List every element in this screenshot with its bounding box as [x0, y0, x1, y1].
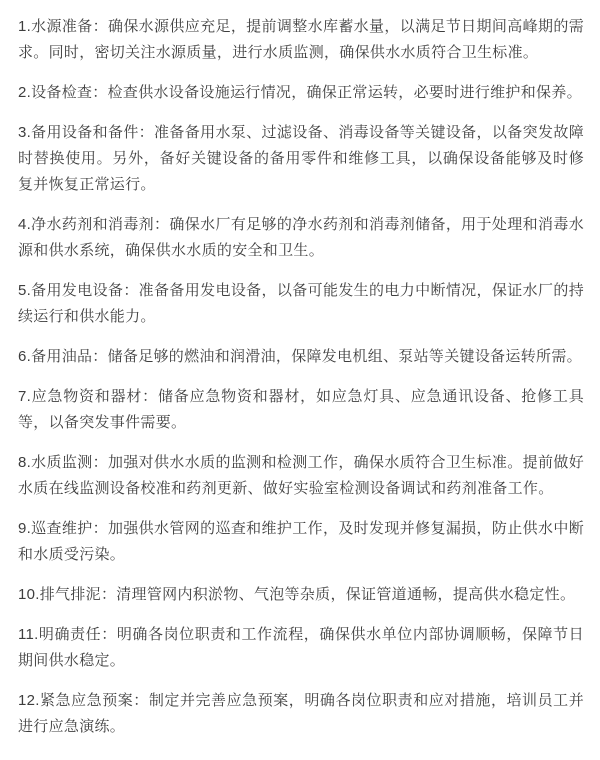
document-page: 1.水源准备：确保水源供应充足，提前调整水库蓄水量，以满足节日期间高峰期的需求。…	[0, 0, 600, 760]
list-item-6: 6.备用油品：储备足够的燃油和润滑油，保障发电机组、泵站等关键设备运转所需。	[18, 344, 584, 370]
list-item-9: 9.巡查维护：加强供水管网的巡查和维护工作，及时发现并修复漏损，防止供水中断和水…	[18, 516, 584, 568]
list-item-7: 7.应急物资和器材：储备应急物资和器材，如应急灯具、应急通讯设备、抢修工具等，以…	[18, 384, 584, 436]
list-item-12: 12.紧急应急预案：制定并完善应急预案，明确各岗位职责和应对措施，培训员工并进行…	[18, 688, 584, 740]
list-item-10: 10.排气排泥：清理管网内积淤物、气泡等杂质，保证管道通畅，提高供水稳定性。	[18, 582, 584, 608]
list-item-8: 8.水质监测：加强对供水水质的监测和检测工作，确保水质符合卫生标准。提前做好水质…	[18, 450, 584, 502]
list-item-11: 11.明确责任：明确各岗位职责和工作流程，确保供水单位内部协调顺畅，保障节日期间…	[18, 622, 584, 674]
list-item-1: 1.水源准备：确保水源供应充足，提前调整水库蓄水量，以满足节日期间高峰期的需求。…	[18, 14, 584, 66]
list-item-5: 5.备用发电设备：准备备用发电设备，以备可能发生的电力中断情况，保证水厂的持续运…	[18, 278, 584, 330]
list-item-2: 2.设备检查：检查供水设备设施运行情况，确保正常运转，必要时进行维护和保养。	[18, 80, 584, 106]
list-item-4: 4.净水药剂和消毒剂：确保水厂有足够的净水药剂和消毒剂储备，用于处理和消毒水源和…	[18, 212, 584, 264]
list-item-3: 3.备用设备和备件：准备备用水泵、过滤设备、消毒设备等关键设备，以备突发故障时替…	[18, 120, 584, 198]
